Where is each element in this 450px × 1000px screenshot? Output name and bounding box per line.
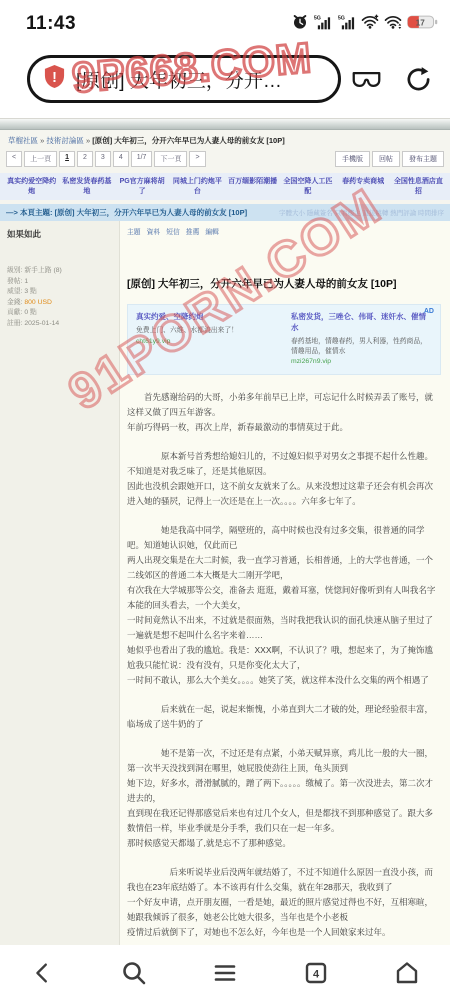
post-paragraph: 因此也没机会跟她开口，这不前女友就来了么。从来没想过这辈子还会有机会再次进入她的…	[127, 479, 438, 509]
pagination-page[interactable]: >	[189, 151, 205, 167]
promo-link[interactable]: 真实约爱空降约炮	[4, 177, 59, 196]
stat-value: 2025-01-14	[24, 320, 59, 327]
breadcrumb-separator: »	[86, 136, 90, 145]
svg-text:5G: 5G	[314, 15, 321, 21]
ad-right-link[interactable]: 私密发货，三唑仑、伟哥、迷奸水、催情水	[291, 311, 432, 333]
post-paragraph: 一时间竟然认不出来，不过就是很面熟，当时我把我认识的面孔快速从脑子里过了一遍就是…	[127, 613, 438, 643]
post-action-link[interactable]: 推薦	[186, 226, 200, 236]
search-button[interactable]	[117, 956, 151, 990]
address-bar[interactable]: ! [原创] 大年初三，分开…	[27, 55, 341, 103]
pagination-action-button[interactable]: 發布主題	[402, 151, 444, 167]
post-title: [原创] 大年初三，分开六年早已为人妻人母的前女友 [10P]	[127, 276, 441, 291]
ad-left-domain-link[interactable]: cht61y9.vip	[136, 338, 277, 345]
promo-link[interactable]: PG官方麻将胡了	[115, 177, 170, 196]
ad-right-domain-link[interactable]: mzi267n9.vip	[291, 358, 432, 365]
reading-mode-button[interactable]	[349, 62, 383, 96]
browser-toolbar: ! [原创] 大年初三，分开…	[0, 50, 450, 108]
ad-badge: AD	[424, 308, 434, 315]
author-stat-row: 註冊: 2025-01-14	[7, 319, 112, 330]
post-paragraph: 后来就在一起，说起来惭愧，小弟直到大二才破的处，理论经验很丰富，临场成了送牛奶的…	[127, 702, 438, 732]
stat-value: 800 USD	[24, 299, 52, 306]
post-paragraph: 她似乎也看出了我的尴尬。我是：XXX啊，不认识了？哦，想起来了，为了掩饰尴尬我只…	[127, 643, 438, 673]
pagination-action-button[interactable]: 回帖	[372, 151, 400, 167]
stat-label: 威望:	[7, 288, 24, 295]
pagination-page[interactable]: 4	[113, 151, 129, 167]
pagination-page[interactable]: 1/7	[131, 151, 153, 167]
post-paragraph: 她不是第一次，不过还是有点紧，小弟天赋异禀，鸡儿比一般的大一圈，第一次半天没找到…	[127, 746, 438, 776]
post-paragraph: 一时间不敢认，那么大个美女。。。。她笑了笑，就这样本没什么交集的两个相遇了	[127, 673, 438, 688]
promo-link[interactable]: 春药专卖商城	[336, 177, 391, 196]
author-stat-row: 威望: 3 點	[7, 287, 112, 298]
svg-text:5G: 5G	[338, 15, 345, 21]
post-action-link[interactable]: 短信	[166, 226, 180, 236]
post-paragraph: 她是我高中同学，隔壁班的，高中时候也没有过多交集，很普通的同学吧。知道她认识她，…	[127, 523, 438, 553]
post-paragraph: 两人出现交集是在大二时候，我一直学习普通，长相普通，上的大学也普通，一个二线郊区…	[127, 553, 438, 583]
ad-left-column: 真实约爱、空降约炮 免费上门、六维、水都流出来了！ cht61y9.vip	[136, 311, 277, 365]
clock-time: 11:43	[26, 13, 76, 35]
wifi-arrows-icon	[384, 14, 402, 34]
post-action-link[interactable]: 編輯	[205, 226, 219, 236]
pagination-pages: <上一頁12341/7下一頁>	[6, 151, 206, 167]
post-paragraph: 那时候感觉天都塌了,就是忘不了那种感觉。	[127, 836, 438, 851]
breadcrumb: 草榴社區 » 技術討論區 » [原创] 大年初三，分开六年早已为人妻人母的前女友…	[0, 130, 450, 148]
svg-text:17: 17	[416, 18, 426, 27]
home-button[interactable]	[390, 956, 424, 990]
ad-right-column: 私密发货，三唑仑、伟哥、迷奸水、催情水 春药基地，情趣春药，男人利器，性药商品，…	[291, 311, 432, 365]
author-stat-row: 金錢: 800 USD	[7, 298, 112, 309]
pagination-row: <上一頁12341/7下一頁> 手機版回帖發布主題	[0, 148, 450, 170]
author-stat-row: 貢獻: 0 點	[7, 308, 112, 319]
pagination-page[interactable]: 1	[59, 151, 75, 167]
promo-link[interactable]: 全国空降人工匹配	[280, 177, 335, 196]
post-area: 如果如此 級別: 新手上路 (8)發帖: 1威望: 3 點金錢: 800 USD…	[0, 221, 450, 946]
promo-link[interactable]: 同城上门约炮平台	[170, 177, 225, 196]
topic-bar-title: [原创] 大年初三，分开六年早已为人妻人母的前女友 [10P]	[55, 208, 248, 217]
inline-ad-box: AD 真实约爱、空降约炮 免费上门、六维、水都流出来了！ cht61y9.vip…	[127, 304, 441, 375]
stat-value: 1	[24, 278, 28, 285]
webpage-viewport: 草榴社區 » 技術討論區 » [原创] 大年初三，分开六年早已为人妻人母的前女友…	[0, 118, 450, 946]
promo-links-row: 真实约爱空降约炮私密发货春药基地PG官方麻将胡了同城上门约炮平台百万缅影陌潮播全…	[0, 173, 450, 200]
post-paragraph: 后来听说毕业后没两年就结婚了，不过不知道什么原因一直没小孩，而我也在23年底结婚…	[127, 865, 438, 895]
topic-bar-tools[interactable]: 字體大小 隱藏簽名 只看樓主 直接跳轉 熱門評論 時間排序	[279, 208, 444, 217]
refresh-button[interactable]	[401, 62, 435, 96]
stat-value: 3 點	[24, 288, 36, 295]
signal-5g-icon-1: 5G	[313, 14, 332, 35]
back-button[interactable]	[26, 956, 60, 990]
post-paragraph: 原本新号首秀想给媳妇儿的，不过媳妇似乎对男女之事提不起什么性趣。不知道是对我乏味…	[127, 449, 438, 479]
post-body: 首先感谢给码的大哥，小弟多年前早已上岸，可忘记什么时候弄丢了账号，就这样又做了四…	[127, 390, 441, 946]
breadcrumb-separator: »	[40, 136, 44, 145]
breadcrumb-board-link[interactable]: 技術討論區	[46, 136, 84, 145]
status-bar: 11:43 5G 5G 17	[0, 0, 450, 44]
site-warning-shield-icon[interactable]: !	[43, 64, 66, 94]
topic-bar: —> 本頁主題: [原创] 大年初三，分开六年早已为人妻人母的前女友 [10P]…	[0, 204, 450, 221]
ad-left-desc: 免费上门、六维、水都流出来了！	[136, 326, 277, 336]
signal-5g-icon-2: 5G	[337, 14, 356, 35]
author-panel: 如果如此 級別: 新手上路 (8)發帖: 1威望: 3 點金錢: 800 USD…	[0, 221, 120, 946]
post-paragraph: 年前巧得码一枚，再次上岸，新春最激动的事情莫过于此。	[127, 420, 438, 435]
tabs-button[interactable]: 4	[299, 956, 333, 990]
wifi-plus-icon	[361, 14, 379, 34]
author-stats: 級別: 新手上路 (8)發帖: 1威望: 3 點金錢: 800 USD貢獻: 0…	[7, 266, 112, 329]
post-paragraph: 首先感谢给码的大哥，小弟多年前早已上岸，可忘记什么时候弄丢了账号，就这样又做了四…	[127, 390, 438, 420]
browser-bottom-nav: 4	[0, 945, 450, 1000]
pagination-page[interactable]: 下一頁	[154, 151, 187, 167]
breadcrumb-topic: [原创] 大年初三，分开六年早已为人妻人母的前女友 [10P]	[92, 136, 285, 145]
breadcrumb-forum-link[interactable]: 草榴社區	[8, 136, 38, 145]
stat-label: 註冊:	[7, 320, 24, 327]
promo-link[interactable]: 私密发货春药基地	[59, 177, 114, 196]
stat-label: 貢獻:	[7, 309, 24, 316]
author-stat-row: 級別: 新手上路 (8)	[7, 266, 112, 277]
post-paragraph: 直到现在我还记得那感觉后来也有过几个女人，但是都找不到那种感觉了。跟大多数情侣一…	[127, 806, 438, 836]
post-paragraph: 有次我在大学城那等公交，准备去 逛逛，戴着耳塞，恍惚间好像听到有人叫我名字本能的…	[127, 583, 438, 613]
battery-icon: 17	[407, 14, 438, 35]
pagination-page[interactable]: 2	[77, 151, 93, 167]
promo-link[interactable]: 全国性息酒店直招	[391, 177, 446, 196]
svg-text:!: !	[52, 70, 57, 86]
svg-text:4: 4	[313, 968, 320, 980]
ad-right-desc: 春药基地，情趣春药，男人利器，性药商品，情趣用品，催情水	[291, 337, 432, 356]
author-stat-row: 發帖: 1	[7, 277, 112, 288]
post-paragraph: 疫情过后就倒下了，对她也不怎么好，今年也是一个人回娘家来过年。	[127, 925, 438, 940]
pagination-page[interactable]: <	[6, 151, 22, 167]
stat-label: 金錢:	[7, 299, 24, 306]
promo-link[interactable]: 百万缅影陌潮播	[225, 177, 280, 196]
post-action-link[interactable]: 資料	[147, 226, 161, 236]
alarm-clock-icon	[292, 14, 308, 35]
menu-button[interactable]	[208, 956, 242, 990]
post-paragraph: 她下边，好多水，滑滑腻腻的，蹭了两下。。。。。缴械了。第一次没进去，第二次才进去…	[127, 776, 438, 806]
stat-label: 級別:	[7, 267, 24, 274]
page-header-strip	[0, 119, 450, 130]
post-action-links: 主題資料短信推薦編輯	[127, 226, 441, 236]
topic-bar-prefix: —> 本頁主題:	[6, 208, 52, 217]
post-content: 主題資料短信推薦編輯 [原创] 大年初三，分开六年早已为人妻人母的前女友 [10…	[120, 221, 450, 946]
post-paragraph: 一个好友申请，点开朋友圈，一看是她，最近的照片感觉过得也不好，互相寒暄，她跟我倾…	[127, 895, 438, 925]
pagination-buttons: 手機版回帖發布主題	[335, 151, 444, 167]
stat-label: 發帖:	[7, 278, 24, 285]
pagination-page[interactable]: 3	[95, 151, 111, 167]
post-action-link[interactable]: 主題	[127, 226, 141, 236]
stat-value: 新手上路 (8)	[24, 267, 61, 274]
stat-value: 0 點	[24, 309, 36, 316]
author-name-link[interactable]: 如果如此	[7, 228, 112, 240]
pagination-page[interactable]: 上一頁	[24, 151, 57, 167]
pagination-action-button[interactable]: 手機版	[335, 151, 370, 167]
ad-left-link[interactable]: 真实约爱、空降约炮	[136, 311, 277, 322]
page-title: [原创] 大年初三，分开…	[76, 66, 325, 93]
